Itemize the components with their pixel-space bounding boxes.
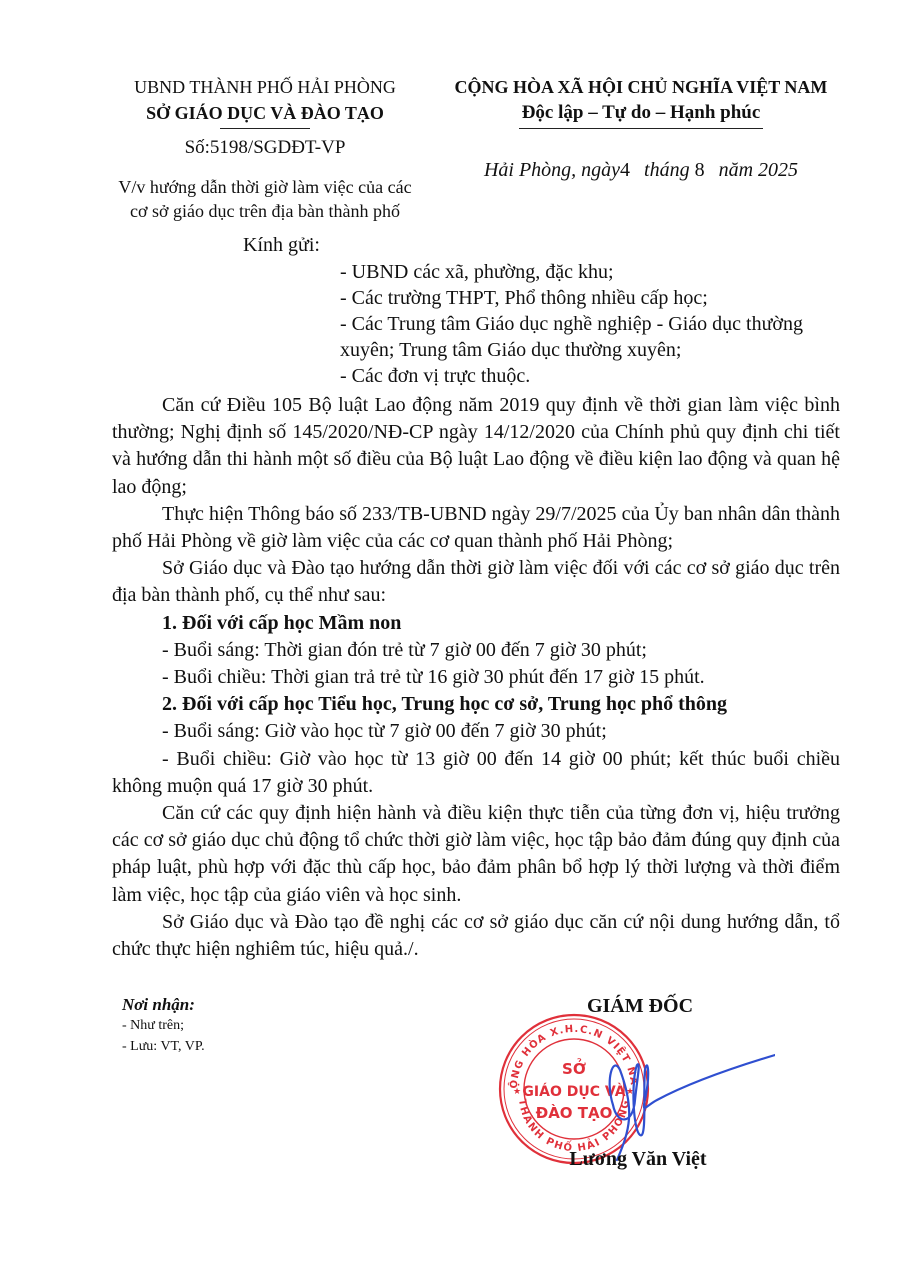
recipient-item: - Lưu: VT, VP. (122, 1036, 205, 1057)
addressee-list: - UBND các xã, phường, đặc khu; - Các tr… (340, 259, 810, 389)
signer-name: Lương Văn Việt (548, 1148, 728, 1171)
section-1-heading: 1. Đối với cấp học Mầm non (112, 610, 840, 637)
nation-name: CỘNG HÒA XÃ HỘI CHỦ NGHĨA VIỆT NAM (436, 74, 846, 100)
department-name: SỞ GIÁO DỤC VÀ ĐÀO TẠO (95, 100, 435, 126)
document-date: Hải Phòng, ngày4tháng 8năm 2025 (436, 157, 846, 183)
department-underline (220, 128, 310, 129)
document-body: Căn cứ Điều 105 Bộ luật Lao động năm 201… (112, 392, 840, 963)
recipients-title: Nơi nhận: (122, 995, 205, 1015)
section-2-afternoon: - Buổi chiều: Giờ vào học từ 13 giờ 00 đ… (112, 746, 840, 800)
issuing-authority-block: UBND THÀNH PHỐ HẢI PHÒNG SỞ GIÁO DỤC VÀ … (95, 74, 435, 223)
motto-underline (519, 128, 763, 129)
addressee-item: - UBND các xã, phường, đặc khu; (340, 259, 810, 285)
addressee-item: - Các trường THPT, Phổ thông nhiều cấp h… (340, 285, 810, 311)
addressee-item: - Các Trung tâm Giáo dục nghề nghiệp - G… (340, 311, 810, 363)
date-month: 8 (695, 159, 705, 181)
date-day: 4 (620, 159, 630, 181)
implementation-paragraph: Thực hiện Thông báo số 233/TB-UBND ngày … (112, 501, 840, 555)
subject-line-1: V/v hướng dẫn thời giờ làm việc của các (95, 175, 435, 199)
legal-basis-paragraph: Căn cứ Điều 105 Bộ luật Lao động năm 201… (112, 392, 840, 501)
guidance-intro-paragraph: Sở Giáo dục và Đào tạo hướng dẫn thời gi… (112, 555, 840, 609)
date-month-label: tháng (644, 159, 690, 181)
addressee-item: - Các đơn vị trực thuộc. (340, 363, 810, 389)
section-2-morning: - Buổi sáng: Giờ vào học từ 7 giờ 00 đến… (112, 718, 840, 745)
document-subject: V/v hướng dẫn thời giờ làm việc của các … (95, 175, 435, 223)
section-1-morning: - Buổi sáng: Thời gian đón trẻ từ 7 giờ … (112, 637, 840, 664)
document-number: Số:5198/SGDĐT-VP (95, 135, 435, 161)
authority-name: UBND THÀNH PHỐ HẢI PHÒNG (95, 74, 435, 100)
date-year-label: năm (719, 159, 753, 181)
section-2-heading: 2. Đối với cấp học Tiểu học, Trung học c… (112, 691, 840, 718)
subject-line-2: cơ sở giáo dục trên địa bàn thành phố (95, 199, 435, 223)
date-place: Hải Phòng, ngày (484, 159, 620, 181)
recipient-item: - Như trên; (122, 1015, 205, 1036)
national-motto: Độc lập – Tự do – Hạnh phúc (436, 100, 846, 126)
section-1-afternoon: - Buổi chiều: Thời gian trả trẻ từ 16 gi… (112, 664, 840, 691)
national-header-block: CỘNG HÒA XÃ HỘI CHỦ NGHĨA VIỆT NAM Độc l… (436, 74, 846, 183)
closing-paragraph: Sở Giáo dục và Đào tạo đề nghị các cơ sở… (112, 909, 840, 963)
responsibility-paragraph: Căn cứ các quy định hiện hành và điều ki… (112, 800, 840, 909)
addressee-label: Kính gửi: (243, 232, 320, 258)
date-year: 2025 (758, 159, 798, 181)
svg-text:★: ★ (513, 1087, 521, 1097)
recipients-block: Nơi nhận: - Như trên; - Lưu: VT, VP. (122, 995, 205, 1057)
